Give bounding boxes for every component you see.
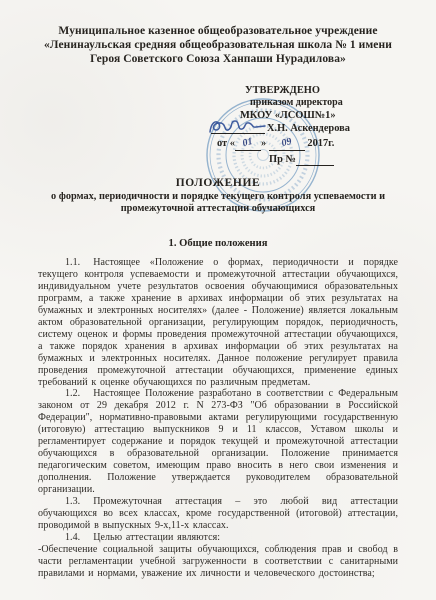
goal-bullet: -Обеспечение социальной защиты обучающих… <box>38 544 398 580</box>
document-body: 1.1.Настоящее «Положение о формах, перио… <box>38 257 398 580</box>
paragraph-1-1: 1.1.Настоящее «Положение о формах, перио… <box>38 257 398 388</box>
paragraph-text: Промежуточная аттестация – это любой вид… <box>38 496 398 531</box>
paragraph-text: Настоящее «Положение о формах, периодичн… <box>38 257 398 388</box>
document-subtitle-line: о формах, периодичности и порядке текуще… <box>18 191 418 203</box>
organization-header-line: Героя Советского Союза Ханпаши Нурадилов… <box>26 52 410 66</box>
date-month-slot: 09 <box>269 139 305 151</box>
date-quote-close: » <box>261 138 266 149</box>
date-day-slot: 01 <box>235 139 261 151</box>
date-prefix: от « <box>217 138 235 149</box>
director-signature <box>208 117 268 138</box>
by-order-label: приказом директора <box>250 97 387 109</box>
handwritten-day: 01 <box>242 137 254 149</box>
order-number-label: Пр № <box>269 154 296 165</box>
paragraph-1-2: 1.2.Настоящее Положение разработано в со… <box>38 388 398 496</box>
order-number-blank <box>296 154 334 166</box>
paragraph-number: 1.3. <box>65 496 80 507</box>
paragraph-number: 1.1. <box>65 257 80 268</box>
paragraph-1-3: 1.3.Промежуточная аттестация – это любой… <box>38 496 398 532</box>
organization-header-line: Муниципальное казенное общеобразовательн… <box>26 24 410 38</box>
approval-date-row: от «01» 09 2017г. <box>217 138 387 150</box>
organization-header-line: «Ленинаульская средняя общеобразовательн… <box>26 38 410 52</box>
paragraph-1-4: 1.4.Целью аттестации являются: <box>38 532 398 544</box>
paragraph-number: 1.4. <box>65 532 80 543</box>
paragraph-text: Настоящее Положение разработано в соотве… <box>38 388 398 495</box>
paragraph-number: 1.2. <box>65 388 80 399</box>
date-year: 2017г. <box>307 138 334 149</box>
paragraph-text: Целью аттестации являются: <box>93 532 220 543</box>
document-title: ПОЛОЖЕНИЕ о формах, периодичности и поря… <box>18 177 418 216</box>
order-number-row: Пр № <box>269 154 387 166</box>
document-subtitle-line: промежуточной аттестации обучающихся <box>18 203 418 215</box>
director-name: Х.Н. Аскендерова <box>267 123 350 134</box>
section-heading: 1. Общие положения <box>0 238 436 249</box>
organization-header: Муниципальное казенное общеобразовательн… <box>26 24 410 66</box>
handwritten-month: 09 <box>280 137 292 149</box>
approved-label: УТВЕРЖДЕНО <box>245 85 387 97</box>
document-title-main: ПОЛОЖЕНИЕ <box>18 177 418 189</box>
document-page: Муниципальное казенное общеобразовательн… <box>0 0 436 600</box>
